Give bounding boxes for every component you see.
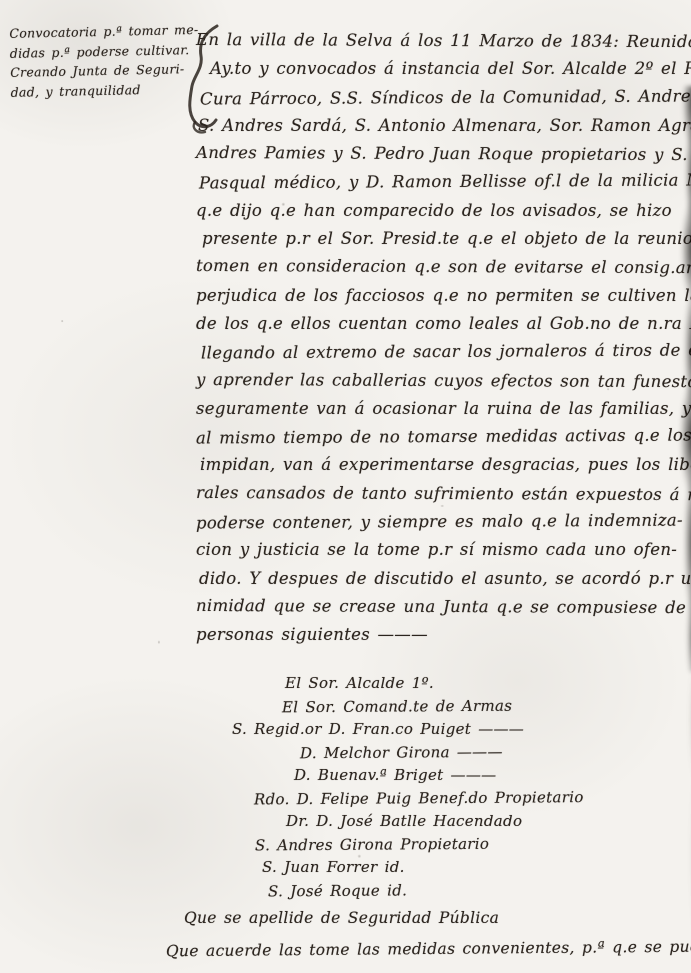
manuscript-line: de los q.e ellos cuentan como leales al … xyxy=(196,310,682,338)
list-item: D. Buenav.ª Briget ——— xyxy=(294,764,650,787)
manuscript-line: impidan, van á experimentarse desgracias… xyxy=(196,451,682,479)
manuscript-line: al mismo tiempo de no tomarse medidas ac… xyxy=(196,422,682,453)
list-item: El Sor. Alcalde 1º. xyxy=(285,672,650,695)
list-item: Rdo. D. Felipe Puig Benef.do Propietario xyxy=(254,786,650,812)
manuscript-line: Pasqual médico, y D. Ramon Bellisse of.l… xyxy=(196,167,682,198)
list-item: S. Juan Forrer id. xyxy=(262,856,650,879)
margin-annotation: Convocatoria p.ª tomar me- didas p.ª pod… xyxy=(9,20,189,102)
manuscript-line: personas siguientes ——— xyxy=(196,621,682,649)
junta-members-list: El Sor. Alcalde 1º. El Sor. Comand.te de… xyxy=(210,672,650,902)
manuscript-line: Cura Párroco, S.S. Síndicos de la Comuni… xyxy=(196,82,682,113)
closing-line: Que acuerde las tome las medidas conveni… xyxy=(166,932,686,968)
page-edge-shadow xyxy=(675,660,691,960)
closing-line: Que se apellide de Seguridad Pública xyxy=(184,903,686,934)
page-binding-shadow xyxy=(657,86,691,672)
manuscript-line: En la villa de la Selva á los 11 Marzo d… xyxy=(196,26,682,56)
manuscript-line: rales cansados de tanto sufrimiento está… xyxy=(196,479,682,509)
manuscript-line: S. Andres Sardá, S. Antonio Almenara, So… xyxy=(196,112,682,140)
manuscript-line: nimidad que se crease una Junta q.e se c… xyxy=(196,592,682,622)
list-item: S. Regid.or D. Fran.co Puiget ——— xyxy=(232,718,650,741)
manuscript-line: Ay.to y convocados á instancia del Sor. … xyxy=(196,55,682,83)
manuscript-line: presente p.r el Sor. Presid.te q.e el ob… xyxy=(196,225,682,253)
manuscript-line: dido. Y despues de discutido el asunto, … xyxy=(196,565,682,593)
manuscript-body: En la villa de la Selva á los 11 Marzo d… xyxy=(196,27,682,650)
list-item: Dr. D. José Batlle Hacendado xyxy=(286,810,650,833)
manuscript-page: Convocatoria p.ª tomar me- didas p.ª pod… xyxy=(0,0,691,973)
margin-note-line: Creando Junta de Seguri- xyxy=(10,59,188,82)
manuscript-line: perjudica de los facciosos q.e no permit… xyxy=(196,282,682,310)
list-item: D. Melchor Girona ——— xyxy=(300,740,650,765)
list-item: S. Andres Girona Propietario xyxy=(255,832,650,858)
margin-note-line: dad, y tranquilidad xyxy=(10,79,188,102)
manuscript-line: llegando al extremo de sacar los jornale… xyxy=(196,337,682,368)
manuscript-line: poderse contener, y siempre es malo q.e … xyxy=(196,507,682,538)
manuscript-line: seguramente van á ocasionar la ruina de … xyxy=(196,395,682,423)
manuscript-line: tomen en consideracion q.e son de evitar… xyxy=(196,252,682,282)
manuscript-line: q.e dijo q.e han comparecido de los avis… xyxy=(196,197,682,225)
manuscript-line: cion y justicia se la tome p.r sí mismo … xyxy=(196,536,682,564)
manuscript-line: y aprender las caballerias cuyos efectos… xyxy=(196,366,682,396)
list-item: S. José Roque id. xyxy=(268,878,650,904)
closing-resolutions: Que se apellide de Seguridad Pública Que… xyxy=(166,903,686,965)
list-item: El Sor. Comand.te de Armas xyxy=(282,694,650,720)
manuscript-line: Andres Pamies y S. Pedro Juan Roque prop… xyxy=(196,139,682,169)
